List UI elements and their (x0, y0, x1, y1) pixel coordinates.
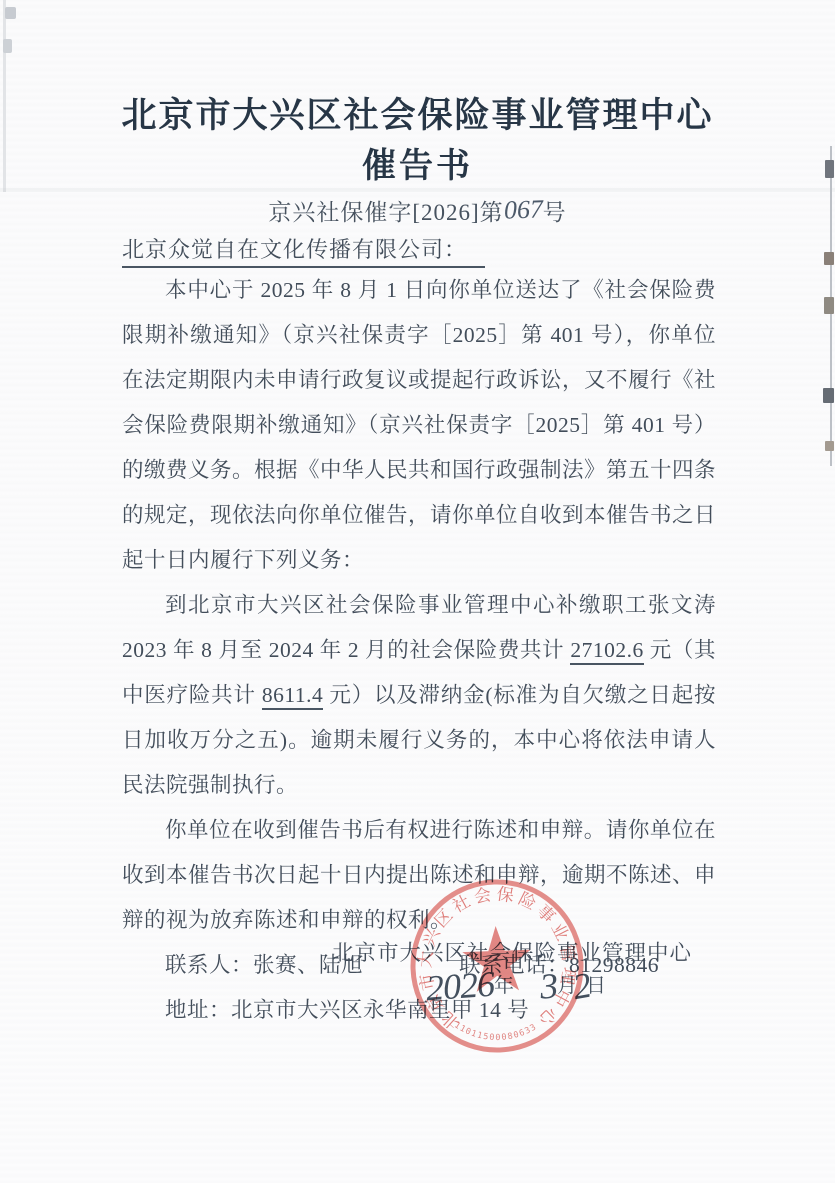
scan-artifact-mark (5, 7, 16, 19)
seal-star-icon (461, 925, 532, 992)
official-seal: 北京市大兴区社会保险事业管理中心 11011500080633 (383, 852, 611, 1080)
doc-subtitle: 催告书 (0, 138, 835, 187)
paragraph-notice: 本中心于 2025 年 8 月 1 日向你单位送达了《社会保险费限期补缴通知》（… (122, 268, 716, 583)
seal-code: 11011500080633 (452, 1018, 539, 1045)
scan-artifact-mark (3, 39, 12, 53)
doc-number-handwritten: 067 (503, 194, 543, 225)
amount-medical: 8611.4 (262, 683, 323, 710)
scanned-document-page: 北京市大兴区社会保险事业管理中心 催告书 京兴社保催字[2026]第067号 北… (0, 0, 835, 1183)
scan-artifact-smudge (824, 297, 834, 314)
amount-total: 27102.6 (570, 638, 643, 665)
doc-number-prefix: 京兴社保催字[2026]第 (268, 200, 503, 225)
doc-title: 北京市大兴区社会保险事业管理中心 (0, 88, 835, 138)
scan-artifact-band (0, 188, 835, 192)
addressee-line: 北京众觉自在文化传播有限公司： (122, 233, 485, 268)
doc-number-suffix: 号 (543, 200, 567, 225)
doc-number: 京兴社保催字[2026]第067号 (0, 194, 835, 227)
paragraph-obligation: 到北京市大兴区社会保险事业管理中心补缴职工张文涛 2023 年 8 月至 202… (122, 583, 716, 808)
addressee-name: 北京众觉自在文化传播有限公司： (122, 233, 485, 268)
scan-artifact-smudge (824, 252, 834, 265)
scan-artifact-smudge (825, 441, 834, 451)
scan-artifact-smudge (823, 388, 834, 403)
